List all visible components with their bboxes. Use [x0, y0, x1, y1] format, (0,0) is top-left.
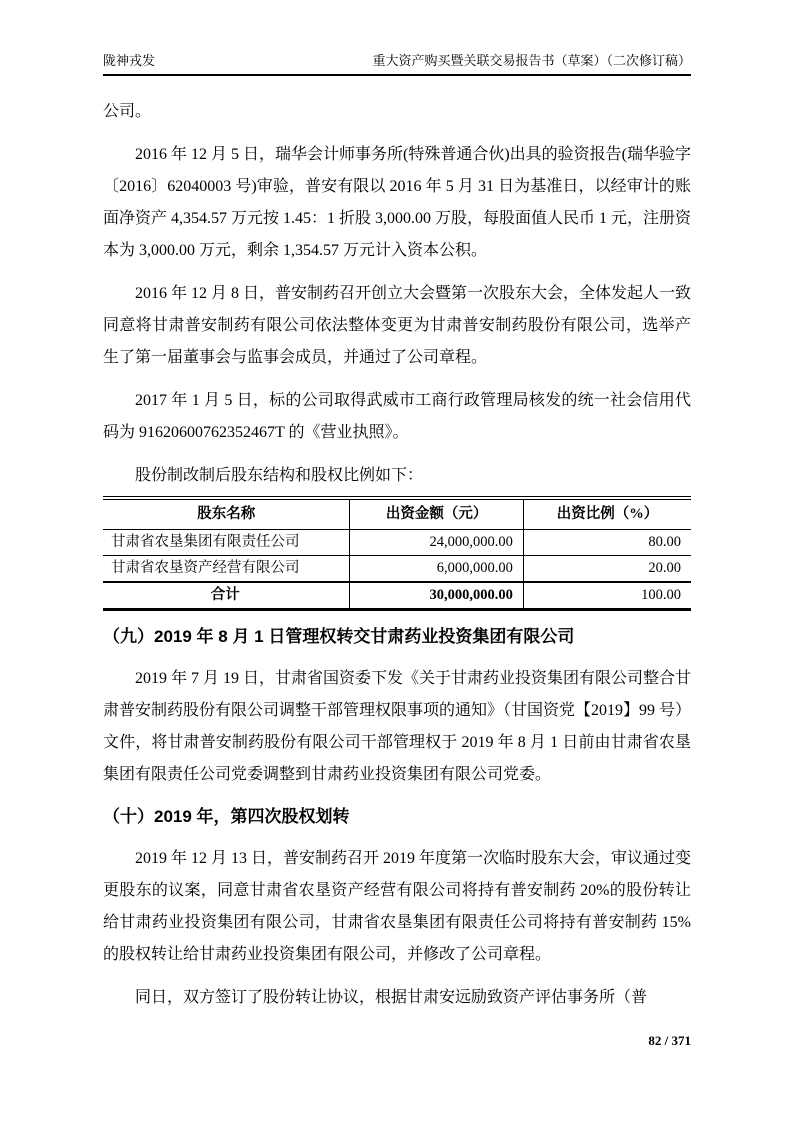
paragraph-management-transfer: 2019 年 7 月 19 日，甘肃省国资委下发《关于甘肃药业投资集团有限公司整… — [103, 663, 691, 791]
document-page: 陇神戎发 重大资产购买暨关联交易报告书（草案）（二次修订稿） 公司。 2016 … — [0, 0, 793, 1122]
table-cell-shareholder-name: 甘肃省农垦资产经营有限公司 — [103, 556, 350, 583]
section-heading-9: （九）2019 年 8 月 1 日管理权转交甘肃药业投资集团有限公司 — [103, 623, 691, 651]
table-cell-shareholder-name: 甘肃省农垦集团有限责任公司 — [103, 530, 350, 556]
table-cell-ratio: 20.00 — [523, 556, 691, 583]
table-cell-amount: 24,000,000.00 — [350, 530, 523, 556]
table-row: 甘肃省农垦资产经营有限公司 6,000,000.00 20.00 — [103, 556, 691, 583]
page-header: 陇神戎发 重大资产购买暨关联交易报告书（草案）（二次修订稿） — [103, 52, 691, 76]
paragraph-continuation: 公司。 — [103, 96, 691, 128]
paragraph-transfer-agreement: 同日，双方签订了股份转让协议，根据甘肃安远励致资产评估事务所（普 — [103, 982, 691, 1014]
table-cell-amount: 6,000,000.00 — [350, 556, 523, 583]
table-cell-total-amount: 30,000,000.00 — [350, 582, 523, 610]
header-company-short-name: 陇神戎发 — [103, 52, 155, 69]
paragraph-founding-meeting: 2016 年 12 月 8 日，普安制药召开创立大会暨第一次股东大会，全体发起人… — [103, 278, 691, 374]
table-cell-ratio: 80.00 — [523, 530, 691, 556]
page-content: 公司。 2016 年 12 月 5 日，瑞华会计师事务所(特殊普通合伙)出具的验… — [103, 96, 691, 1025]
table-header-contribution-ratio: 出资比例（%） — [523, 498, 691, 530]
table-cell-total-label: 合计 — [103, 582, 350, 610]
table-header-contribution-amount: 出资金额（元） — [350, 498, 523, 530]
shareholder-table: 股东名称 出资金额（元） 出资比例（%） 甘肃省农垦集团有限责任公司 24,00… — [103, 496, 691, 611]
table-row: 甘肃省农垦集团有限责任公司 24,000,000.00 80.00 — [103, 530, 691, 556]
section-heading-10: （十）2019 年，第四次股权划转 — [103, 803, 691, 831]
table-intro: 股份制改制后股东结构和股权比例如下： — [103, 460, 691, 492]
paragraph-business-license: 2017 年 1 月 5 日，标的公司取得武威市工商行政管理局核发的统一社会信用… — [103, 385, 691, 449]
table-header-shareholder-name: 股东名称 — [103, 498, 350, 530]
table-cell-total-ratio: 100.00 — [523, 582, 691, 610]
table-total-row: 合计 30,000,000.00 100.00 — [103, 582, 691, 610]
paragraph-capital-verification: 2016 年 12 月 5 日，瑞华会计师事务所(特殊普通合伙)出具的验资报告(… — [103, 139, 691, 267]
page-number: 82 / 371 — [648, 1033, 691, 1049]
table-header-row: 股东名称 出资金额（元） 出资比例（%） — [103, 498, 691, 530]
header-report-title: 重大资产购买暨关联交易报告书（草案）（二次修订稿） — [372, 52, 691, 69]
paragraph-fourth-equity-transfer: 2019 年 12 月 13 日，普安制药召开 2019 年度第一次临时股东大会… — [103, 843, 691, 971]
